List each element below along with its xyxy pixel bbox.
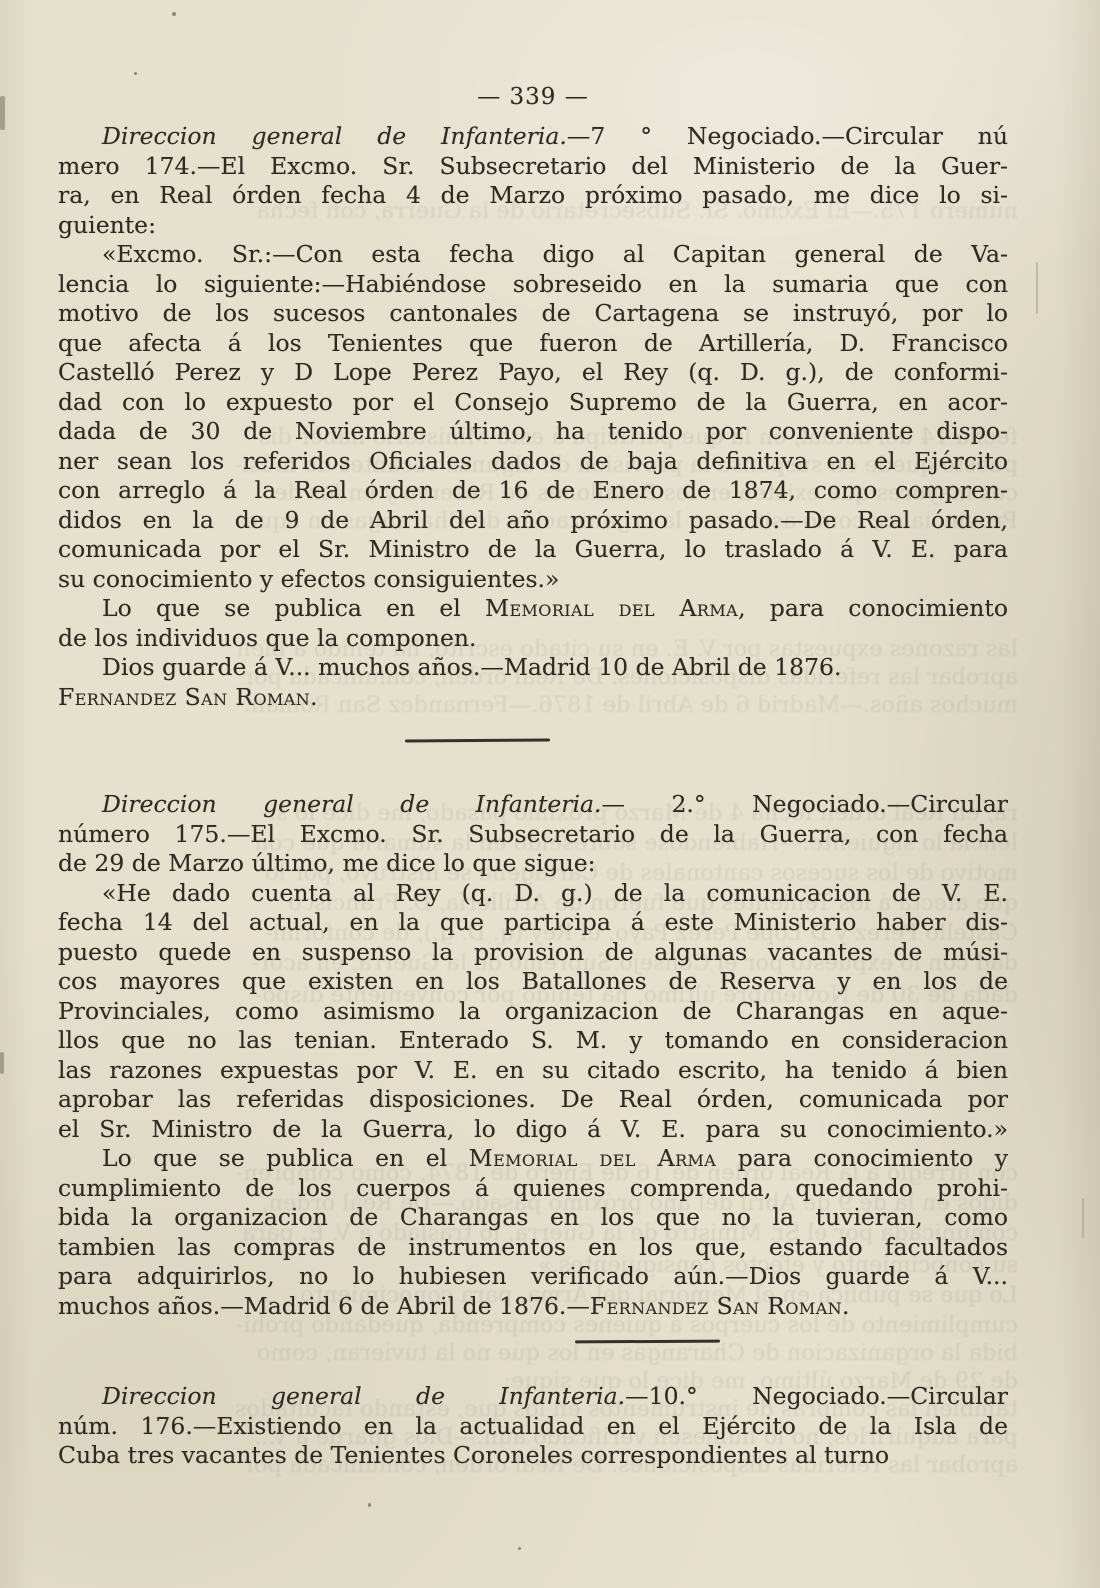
text-segment: Direccion general de Infanteria. xyxy=(102,122,567,150)
text-line: ra, en Real órden fecha 4 de Marzo próxi… xyxy=(58,181,1008,211)
text-segment: para adquirirlos, no lo hubiesen verific… xyxy=(58,1262,1008,1290)
text-segment: —7 ° Negociado.—Circular nú xyxy=(567,122,1008,150)
text-segment: Fernandez San Roman. xyxy=(590,1292,850,1320)
text-line: llos que no las tenian. Enterado S. M. y… xyxy=(58,1026,1008,1056)
text-line: Direccion general de Infanteria.—10.° Ne… xyxy=(58,1382,1008,1412)
text-segment: Castelló Perez y D Lope Perez Payo, el R… xyxy=(58,358,1008,386)
text-line: Fernandez San Roman. xyxy=(58,683,1008,713)
text-line: fecha 14 del actual, en la que participa… xyxy=(58,908,1008,938)
text-line: de 29 de Marzo último, me dice lo que si… xyxy=(58,849,1008,879)
text-line: didos en la de 9 de Abril del año próxim… xyxy=(58,506,1008,536)
paper-speck xyxy=(134,72,137,75)
paper-speck xyxy=(368,1503,371,1507)
text-segment: el Sr. Ministro de la Guerra, lo digo á … xyxy=(58,1115,1008,1143)
text-segment: guiente: xyxy=(58,211,156,239)
text-line: Provinciales, como asimismo la organizac… xyxy=(58,997,1008,1027)
section-circular-175: Direccion general de Infanteria.— 2.° Ne… xyxy=(58,790,1008,1321)
text-line: mero 174.—El Excmo. Sr. Subsecretario de… xyxy=(58,152,1008,182)
text-line: de los individuos que la componen. xyxy=(58,624,1008,654)
text-segment: Direccion general de Infanteria. xyxy=(102,790,602,818)
text-segment: llos que no las tenian. Enterado S. M. y… xyxy=(58,1026,1008,1054)
text-segment: con arreglo á la Real órden de 16 de Ene… xyxy=(58,476,1008,504)
page-content: — 339 — Direccion general de Infanteria.… xyxy=(58,84,1008,1471)
text-segment: Lo que se publica en el xyxy=(102,1144,469,1172)
text-line: aprobar las referidas disposiciones. De … xyxy=(58,1085,1008,1115)
text-line: su conocimiento y efectos consiguientes.… xyxy=(58,565,1008,595)
scan-edge-mark xyxy=(0,96,5,130)
text-line: cumplimiento de los cuerpos á quienes co… xyxy=(58,1174,1008,1204)
text-segment: ra, en Real órden fecha 4 de Marzo próxi… xyxy=(58,181,1008,209)
page-crease-mark xyxy=(1036,262,1038,314)
text-segment: núm. 176.—Existiendo en la actualidad en… xyxy=(58,1412,1008,1440)
paper-speck xyxy=(518,1547,521,1550)
paper-speck xyxy=(172,12,176,16)
page-crease-mark xyxy=(1082,1198,1084,1238)
text-line: para adquirirlos, no lo hubiesen verific… xyxy=(58,1262,1008,1292)
text-segment: didos en la de 9 de Abril del año próxim… xyxy=(58,506,1008,534)
text-segment: Direccion general de Infanteria. xyxy=(102,1382,625,1410)
text-segment: Cuba tres vacantes de Tenientes Coronele… xyxy=(58,1441,889,1469)
text-segment: lencia lo siguiente:—Habiéndose sobresei… xyxy=(58,270,1008,298)
scanned-page: número 175.—El Excmo. Sr. Subsecretario … xyxy=(0,0,1100,1588)
text-segment: muchos años.—Madrid 6 de Abril de 1876.— xyxy=(58,1292,590,1320)
text-segment: —10.° Negociado.—Circular xyxy=(625,1382,1008,1410)
text-line: ner sean los referidos Oficiales dados d… xyxy=(58,447,1008,477)
text-line: «He dado cuenta al Rey (q. D. g.) de la … xyxy=(58,879,1008,909)
text-segment: de los individuos que la componen. xyxy=(58,624,476,652)
text-segment: comunicada por el Sr. Ministro de la Gue… xyxy=(58,535,1008,563)
section-divider xyxy=(575,1340,720,1344)
text-line: las razones expuestas por V. E. en su ci… xyxy=(58,1056,1008,1086)
text-segment: motivo de los sucesos cantonales de Cart… xyxy=(58,299,1008,327)
text-segment: Dios guarde á V... muchos años.—Madrid 1… xyxy=(102,653,841,681)
text-segment: fecha 14 del actual, en la que participa… xyxy=(58,908,1008,936)
text-line: núm. 176.—Existiendo en la actualidad en… xyxy=(58,1412,1008,1442)
text-segment: «He dado cuenta al Rey (q. D. g.) de la … xyxy=(102,879,1008,907)
text-segment: Lo que se publica en el xyxy=(102,594,485,622)
text-line: Dios guarde á V... muchos años.—Madrid 1… xyxy=(58,653,1008,683)
text-segment: — 2.° Negociado.—Circular xyxy=(602,790,1008,818)
text-segment: número 175.—El Excmo. Sr. Subsecretario … xyxy=(58,820,1008,848)
text-line: puesto quede en suspenso la provision de… xyxy=(58,938,1008,968)
text-line: Cuba tres vacantes de Tenientes Coronele… xyxy=(58,1441,1008,1471)
text-segment: de 29 de Marzo último, me dice lo que si… xyxy=(58,849,596,877)
text-segment: puesto quede en suspenso la provision de… xyxy=(58,938,1008,966)
text-segment: cumplimiento de los cuerpos á quienes co… xyxy=(58,1174,1008,1202)
text-line: que afecta á los Tenientes que fueron de… xyxy=(58,329,1008,359)
section-circular-176: Direccion general de Infanteria.—10.° Ne… xyxy=(58,1382,1008,1471)
text-line: muchos años.—Madrid 6 de Abril de 1876.—… xyxy=(58,1292,1008,1322)
text-segment: las razones expuestas por V. E. en su ci… xyxy=(58,1056,1008,1084)
scan-edge-mark xyxy=(0,1052,4,1074)
text-line: con arreglo á la Real órden de 16 de Ene… xyxy=(58,476,1008,506)
text-line: el Sr. Ministro de la Guerra, lo digo á … xyxy=(58,1115,1008,1145)
text-line: lencia lo siguiente:—Habiéndose sobresei… xyxy=(58,270,1008,300)
text-line: dada de 30 de Noviembre último, ha tenid… xyxy=(58,417,1008,447)
text-line: comunicada por el Sr. Ministro de la Gue… xyxy=(58,535,1008,565)
section-circular-174: Direccion general de Infanteria.—7 ° Neg… xyxy=(58,122,1008,712)
text-line: guiente: xyxy=(58,211,1008,241)
text-segment: Memorial del Arma xyxy=(469,1144,717,1172)
text-line: Lo que se publica en el Memorial del Arm… xyxy=(58,594,1008,624)
page-number: — 339 — xyxy=(58,84,1008,110)
text-line: Direccion general de Infanteria.—7 ° Neg… xyxy=(58,122,1008,152)
text-line: cos mayores que existen en los Batallone… xyxy=(58,967,1008,997)
text-line: número 175.—El Excmo. Sr. Subsecretario … xyxy=(58,820,1008,850)
text-line: Castelló Perez y D Lope Perez Payo, el R… xyxy=(58,358,1008,388)
text-segment: «Excmo. Sr.:—Con esta fecha digo al Capi… xyxy=(102,240,1008,268)
text-segment: dad con lo expuesto por el Consejo Supre… xyxy=(58,388,1008,416)
text-segment: Fernandez San Roman. xyxy=(58,683,318,711)
text-segment: Memorial del Arma xyxy=(485,594,738,622)
text-segment: su conocimiento y efectos consiguientes.… xyxy=(58,565,559,593)
text-line: Direccion general de Infanteria.— 2.° Ne… xyxy=(58,790,1008,820)
text-segment: cos mayores que existen en los Batallone… xyxy=(58,967,1008,995)
text-line: Lo que se publica en el Memorial del Arm… xyxy=(58,1144,1008,1174)
text-segment: tambien las compras de instrumentos en l… xyxy=(58,1233,1008,1261)
text-line: dad con lo expuesto por el Consejo Supre… xyxy=(58,388,1008,418)
text-segment: dada de 30 de Noviembre último, ha tenid… xyxy=(58,417,1008,445)
text-segment: , para conocimiento xyxy=(738,594,1008,622)
text-line: «Excmo. Sr.:—Con esta fecha digo al Capi… xyxy=(58,240,1008,270)
text-segment: Provinciales, como asimismo la organizac… xyxy=(58,997,1008,1025)
text-segment: aprobar las referidas disposiciones. De … xyxy=(58,1085,1008,1113)
text-line: bida la organizacion de Charangas en los… xyxy=(58,1203,1008,1233)
section-divider xyxy=(405,738,550,742)
text-segment: que afecta á los Tenientes que fueron de… xyxy=(58,329,1008,357)
text-segment: para conocimiento y xyxy=(716,1144,1008,1172)
text-segment: mero 174.—El Excmo. Sr. Subsecretario de… xyxy=(58,152,1008,180)
text-segment: ner sean los referidos Oficiales dados d… xyxy=(58,447,1008,475)
text-segment: bida la organizacion de Charangas en los… xyxy=(58,1203,1008,1231)
text-line: tambien las compras de instrumentos en l… xyxy=(58,1233,1008,1263)
text-line: motivo de los sucesos cantonales de Cart… xyxy=(58,299,1008,329)
